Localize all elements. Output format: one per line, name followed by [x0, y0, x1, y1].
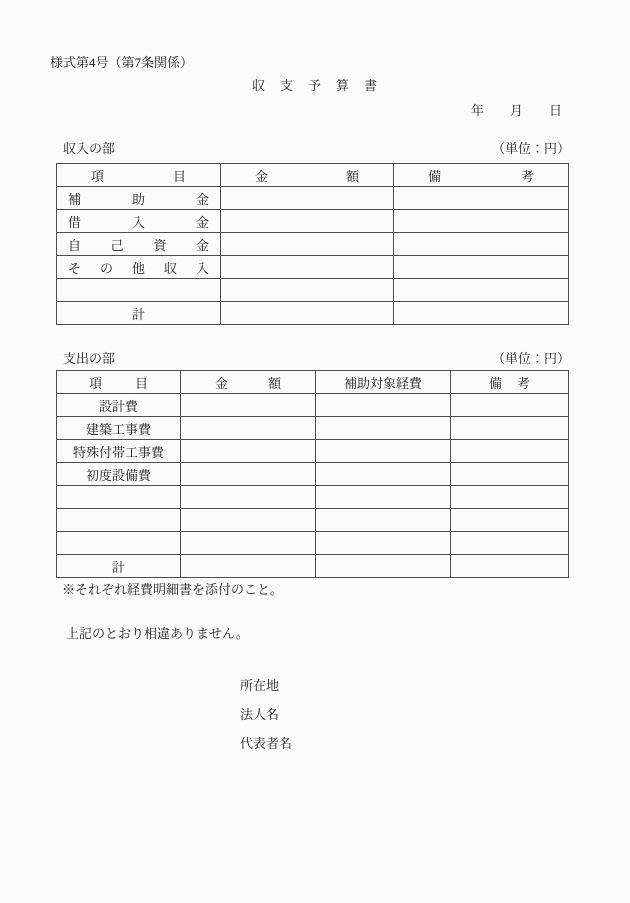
subsidy-cell — [316, 486, 451, 509]
remarks-cell — [394, 210, 569, 233]
remarks-cell — [451, 555, 569, 578]
subsidy-cell — [316, 463, 451, 486]
remarks-cell — [451, 394, 569, 417]
expense-col-subsidy: 補助対象経費 — [316, 371, 451, 394]
amount-cell — [181, 555, 316, 578]
income-row: 自己資金 — [57, 233, 569, 256]
expense-row: 建築工事費 — [57, 417, 569, 440]
budget-form-page: 様式第4号（第7条関係） 収 支 予 算 書 年 月 日 収入の部 （単位：円）… — [0, 0, 630, 903]
item-cell: 借入金 — [57, 210, 221, 233]
expense-unit-note: （単位：円） — [492, 352, 570, 366]
subsidy-cell — [316, 417, 451, 440]
item-cell — [57, 486, 181, 509]
amount-cell — [221, 233, 394, 256]
remarks-cell — [394, 187, 569, 210]
date-line: 年 月 日 — [471, 104, 562, 118]
total-label-cell: 計 — [57, 555, 181, 578]
corporation-name-label: 法人名 — [240, 700, 292, 729]
amount-cell — [221, 187, 394, 210]
item-cell: 補助金 — [57, 187, 221, 210]
subsidy-cell — [316, 532, 451, 555]
expense-row — [57, 532, 569, 555]
item-cell: 初度設備費 — [57, 463, 181, 486]
expense-header-row: 項目 金額 補助対象経費 備考 — [57, 371, 569, 394]
subsidy-cell — [316, 440, 451, 463]
certification-statement: 上記のとおり相違ありません。 — [66, 627, 249, 641]
expense-col-item: 項目 — [57, 371, 181, 394]
item-cell: 特殊付帯工事費 — [57, 440, 181, 463]
representative-name-label: 代表者名 — [240, 729, 292, 758]
amount-cell — [221, 279, 394, 302]
amount-cell — [181, 509, 316, 532]
income-section-label: 収入の部 — [56, 142, 115, 156]
remarks-cell — [394, 256, 569, 279]
remarks-cell — [394, 302, 569, 325]
expense-col-amount: 金額 — [181, 371, 316, 394]
item-cell: 設計費 — [57, 394, 181, 417]
attachment-note: ※それぞれ経費明細書を添付のこと。 — [62, 583, 283, 597]
income-table: 項目 金額 備考 補助金 借入金 自己資金 その他収入 — [56, 163, 569, 325]
amount-cell — [181, 463, 316, 486]
remarks-cell — [451, 532, 569, 555]
income-row — [57, 279, 569, 302]
income-total-row: 計 — [57, 302, 569, 325]
amount-cell — [181, 440, 316, 463]
income-col-remarks: 備考 — [394, 164, 569, 187]
expense-section-label: 支出の部 — [56, 352, 115, 366]
expense-row — [57, 509, 569, 532]
income-section-header: 収入の部 （単位：円） — [56, 142, 570, 156]
remarks-cell — [451, 440, 569, 463]
item-cell — [57, 279, 221, 302]
expense-section-header: 支出の部 （単位：円） — [56, 352, 570, 366]
amount-cell — [181, 394, 316, 417]
amount-cell — [221, 302, 394, 325]
signature-block: 所在地 法人名 代表者名 — [240, 671, 292, 758]
income-col-item: 項目 — [57, 164, 221, 187]
remarks-cell — [394, 233, 569, 256]
expense-table: 項目 金額 補助対象経費 備考 設計費 建築工事費 特殊付帯工事費 — [56, 370, 569, 578]
income-row: 借入金 — [57, 210, 569, 233]
document-title: 収 支 予 算 書 — [0, 79, 630, 93]
total-label-cell: 計 — [57, 302, 221, 325]
remarks-cell — [451, 509, 569, 532]
amount-cell — [181, 532, 316, 555]
income-header-row: 項目 金額 備考 — [57, 164, 569, 187]
item-cell: 自己資金 — [57, 233, 221, 256]
item-cell — [57, 509, 181, 532]
address-label: 所在地 — [240, 671, 292, 700]
amount-cell — [181, 417, 316, 440]
income-col-amount: 金額 — [221, 164, 394, 187]
expense-row — [57, 486, 569, 509]
item-cell — [57, 532, 181, 555]
subsidy-cell — [316, 509, 451, 532]
item-cell: その他収入 — [57, 256, 221, 279]
subsidy-cell — [316, 394, 451, 417]
expense-col-remarks: 備考 — [451, 371, 569, 394]
item-cell: 建築工事費 — [57, 417, 181, 440]
subsidy-cell — [316, 555, 451, 578]
income-row: 補助金 — [57, 187, 569, 210]
form-number: 様式第4号（第7条関係） — [50, 56, 193, 70]
amount-cell — [221, 256, 394, 279]
expense-row: 初度設備費 — [57, 463, 569, 486]
expense-row: 設計費 — [57, 394, 569, 417]
remarks-cell — [451, 417, 569, 440]
amount-cell — [181, 486, 316, 509]
remarks-cell — [451, 463, 569, 486]
expense-row: 特殊付帯工事費 — [57, 440, 569, 463]
remarks-cell — [451, 486, 569, 509]
expense-total-row: 計 — [57, 555, 569, 578]
income-row: その他収入 — [57, 256, 569, 279]
remarks-cell — [394, 279, 569, 302]
amount-cell — [221, 210, 394, 233]
income-unit-note: （単位：円） — [492, 142, 570, 156]
